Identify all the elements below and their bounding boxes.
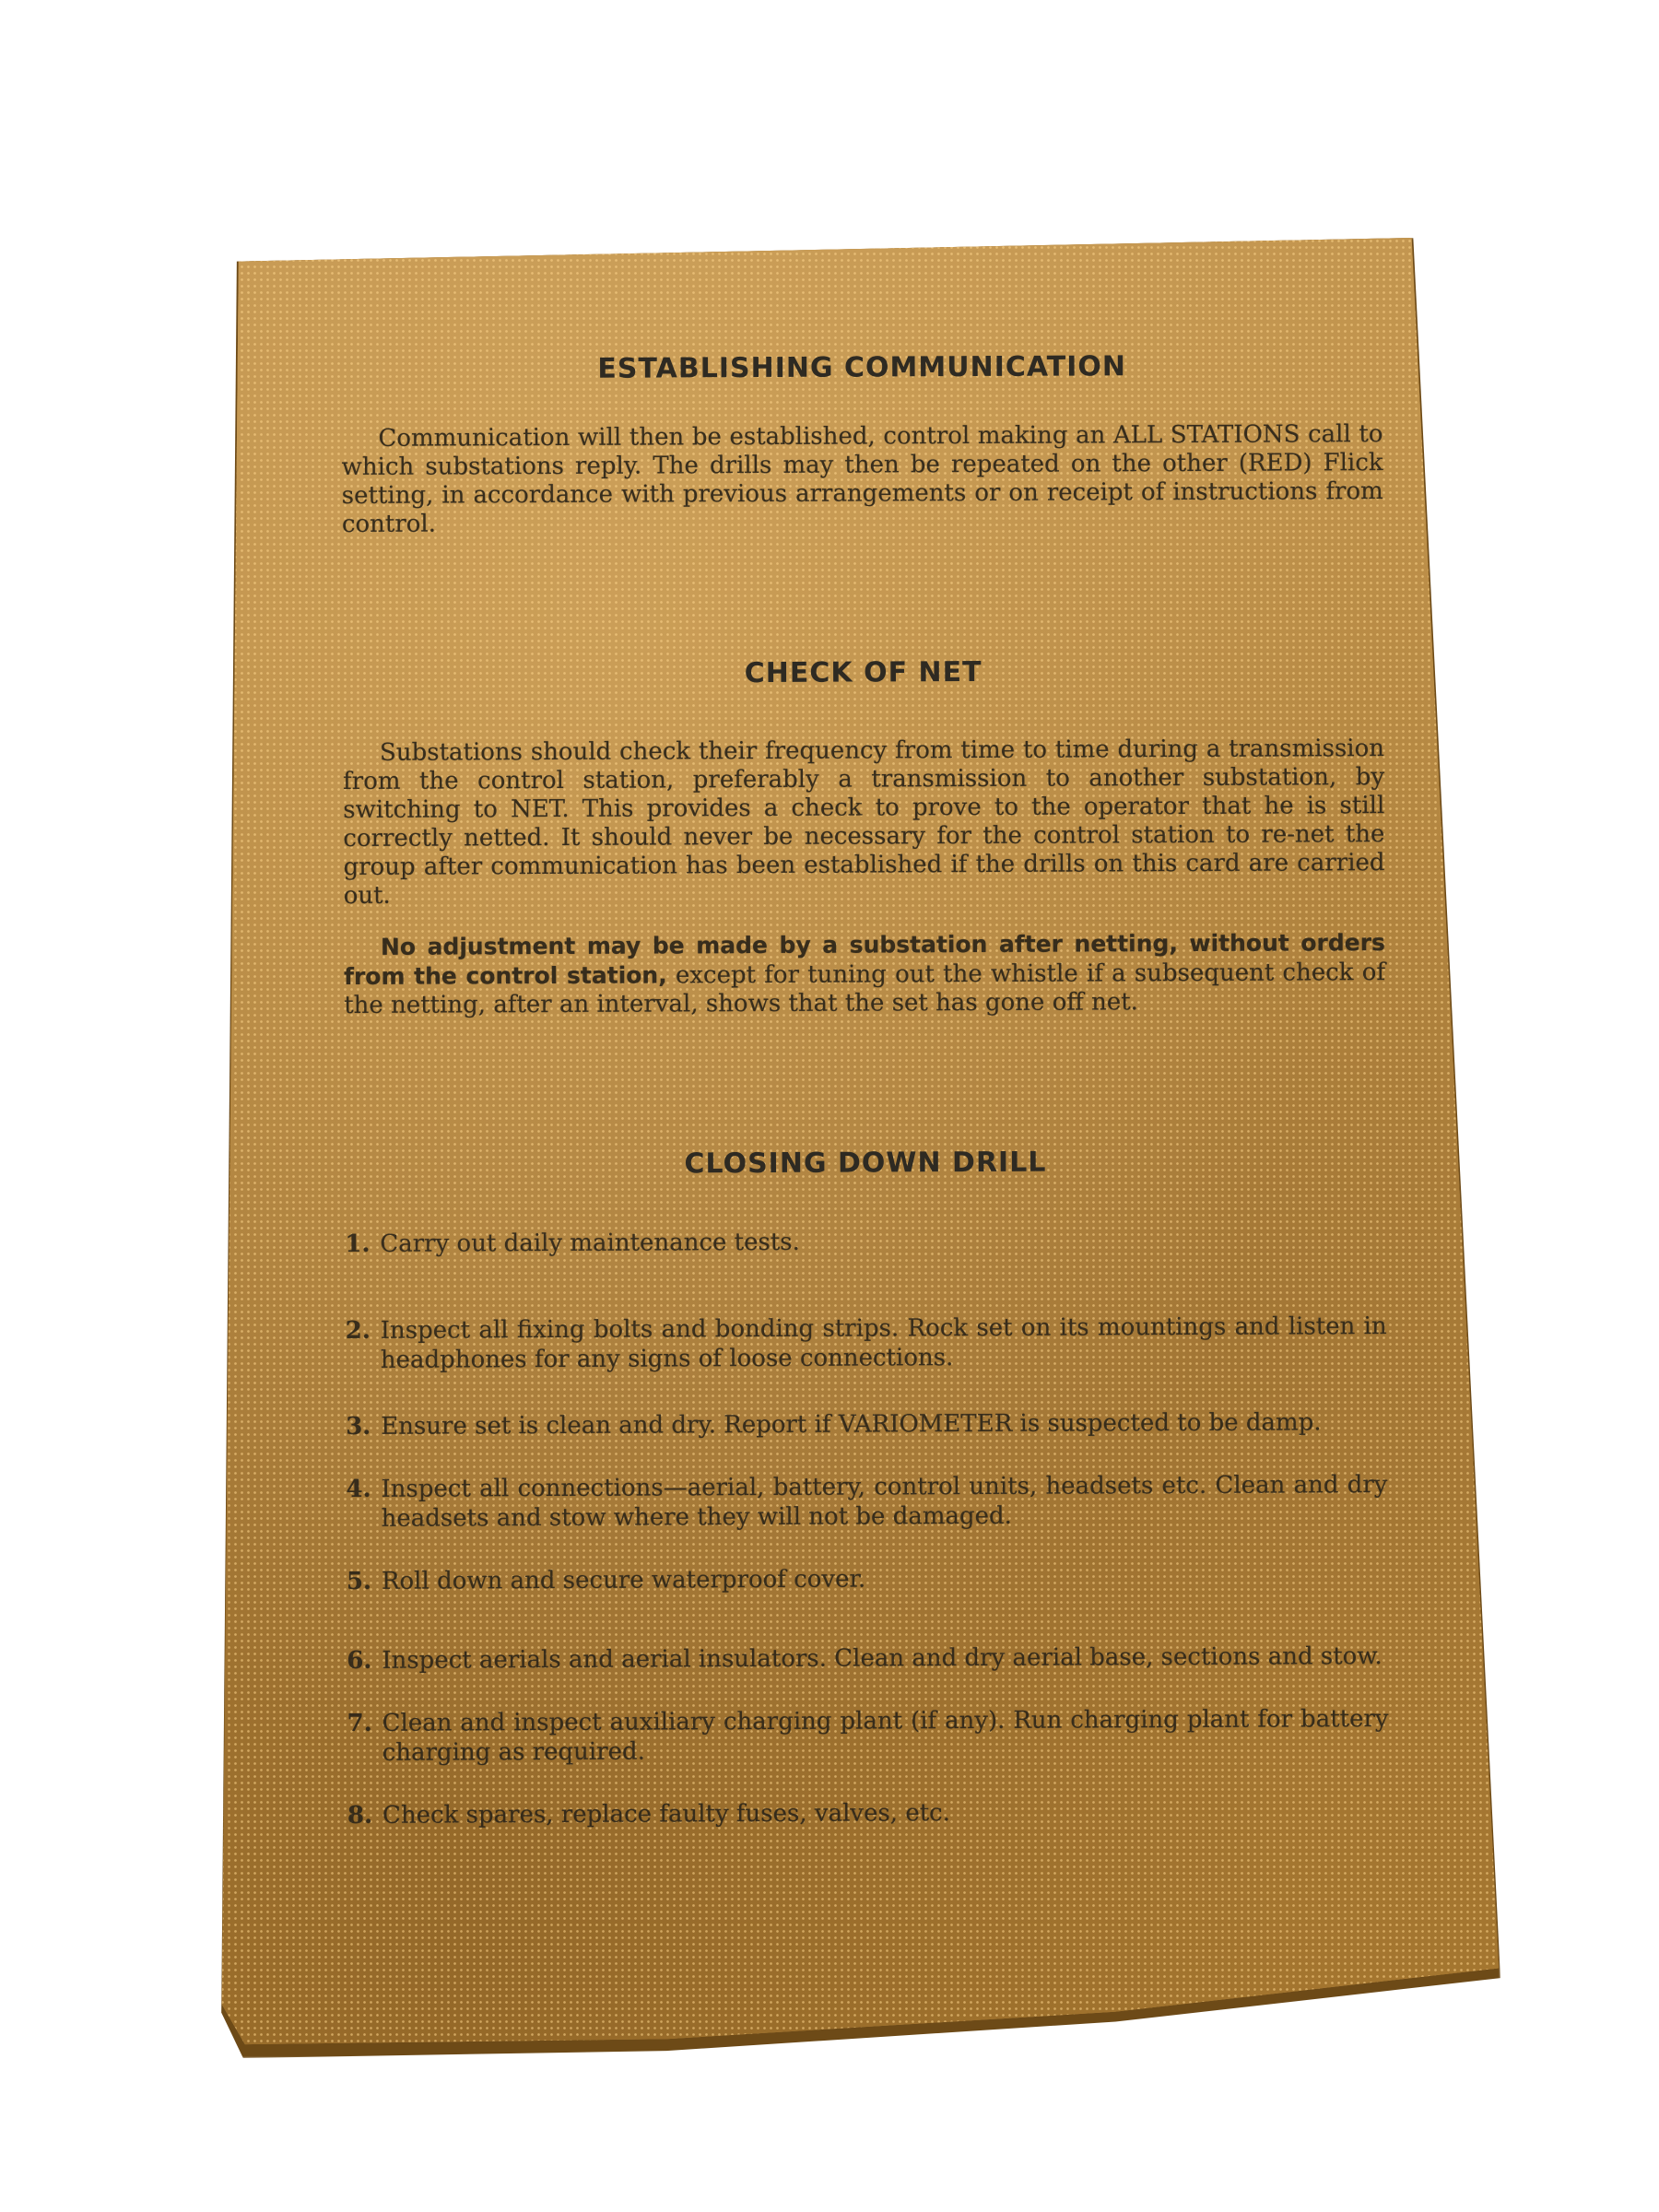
drill-text: Ensure set is clean and dry. Report if V… [381,1407,1387,1441]
drill-number: 8. [347,1801,382,1830]
drill-item: 8.Check spares, replace faulty fuses, va… [347,1796,1389,1830]
drill-item: 3.Ensure set is clean and dry. Report if… [346,1407,1387,1441]
netting-note: No adjustment may be made by a substatio… [344,928,1385,1020]
drill-text: Carry out daily maintenance tests. [380,1225,1386,1259]
drill-number: 6. [347,1646,382,1676]
section-paragraph: Substations should check their frequency… [343,735,1385,911]
drill-text: Inspect aerials and aerial insulators. C… [382,1641,1388,1676]
drill-text: Inspect all fixing bolts and bonding str… [381,1312,1387,1375]
section-heading: CLOSING DOWN DRILL [345,1145,1386,1182]
drill-number: 7. [347,1709,382,1768]
section-paragraph: Communication will then be established, … [341,420,1383,539]
drill-number: 2. [346,1316,381,1375]
drill-item: 1.Carry out daily maintenance tests. [345,1225,1386,1259]
section-closing-down-drill: CLOSING DOWN DRILL 1.Carry out daily mai… [345,1145,1389,1830]
drill-item: 6.Inspect aerials and aerial insulators.… [347,1641,1388,1676]
drill-item: 7.Clean and inspect auxiliary charging p… [347,1704,1389,1768]
drill-number: 1. [345,1230,380,1259]
drill-text: Roll down and secure waterproof cover. [382,1562,1388,1596]
card-content: ESTABLISHING COMMUNICATION Communication… [341,327,1389,1864]
section-check-of-net: CHECK OF NET Substations should check th… [343,654,1386,1020]
drill-item: 5.Roll down and secure waterproof cover. [347,1562,1388,1596]
drill-number: 4. [346,1475,381,1534]
drill-number: 5. [347,1567,382,1596]
section-establishing-communication: ESTABLISHING COMMUNICATION Communication… [341,349,1383,539]
drill-text: Check spares, replace faulty fuses, valv… [382,1796,1389,1830]
section-heading: CHECK OF NET [343,654,1384,691]
photo-stage: ESTABLISHING COMMUNICATION Communication… [0,0,1659,2212]
drill-list: 1.Carry out daily maintenance tests. 2.I… [345,1225,1389,1830]
drill-item: 2.Inspect all fixing bolts and bonding s… [346,1312,1387,1375]
section-heading: ESTABLISHING COMMUNICATION [341,349,1382,386]
drill-text: Clean and inspect auxiliary charging pla… [382,1704,1389,1768]
drill-number: 3. [346,1412,381,1441]
drill-item: 4.Inspect all connections—aerial, batter… [346,1470,1387,1534]
drill-text: Inspect all connections—aerial, battery,… [381,1470,1387,1534]
